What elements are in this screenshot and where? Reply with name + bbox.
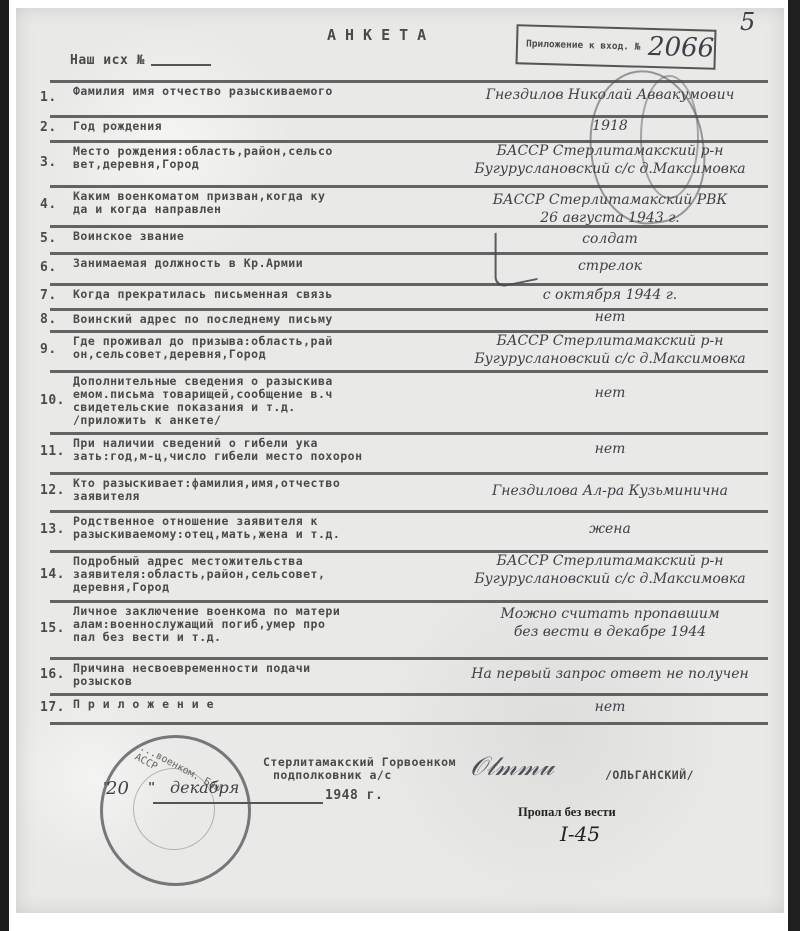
scan-border-left: [0, 0, 9, 931]
row-number: 6.: [40, 260, 57, 275]
row-answer: БАССР Стерлитамакский р-н Бугуруслановск…: [450, 142, 770, 178]
row-question: Воинское звание: [73, 230, 451, 243]
row-number: 12.: [40, 483, 65, 498]
missing-status-code: I-45: [560, 822, 600, 846]
row-answer: нет: [450, 384, 770, 402]
missing-status-stamp: Пропал без вести: [518, 805, 616, 820]
row-question: При наличии сведений о гибели ука зать:г…: [73, 437, 451, 463]
row-divider: [50, 80, 768, 83]
row-number: 7.: [40, 288, 57, 303]
row-divider: [50, 510, 768, 513]
row-answer: На первый запрос ответ не получен: [450, 665, 770, 683]
row-answer: нет: [450, 440, 770, 458]
row-question: Кто разыскивает:фамилия,имя,отчество зая…: [73, 477, 451, 503]
row-question: Где проживал до призыва:область,рай он,с…: [73, 335, 451, 361]
row-question: Занимаемая должность в Кр.Армии: [73, 257, 451, 270]
row-divider: [50, 370, 768, 373]
document-title: АНКЕТА: [327, 26, 435, 44]
row-answer: нет: [450, 698, 770, 716]
row-number: 3.: [40, 155, 57, 170]
row-number: 1.: [40, 90, 57, 105]
row-answer: Гнездилова Ал-ра Кузьминична: [450, 482, 770, 500]
registry-stamp-number: 2066: [648, 32, 715, 64]
date-day: 20: [106, 778, 129, 799]
row-divider: [50, 657, 768, 660]
row-answer: жена: [450, 520, 770, 538]
row-answer: Гнездилов Николай Аввакумович: [450, 86, 770, 104]
row-divider: [50, 693, 768, 696]
sheet-number: 5: [740, 8, 755, 36]
row-number: 16.: [40, 667, 65, 682]
row-answer: БАССР Стерлитамакский р-н Бугуруслановск…: [450, 552, 770, 588]
row-number: 2.: [40, 120, 57, 135]
row-question: Подробный адрес местожительства заявител…: [73, 555, 451, 594]
registry-stamp: Приложение к вход. № 2066: [515, 24, 716, 70]
row-divider: [50, 432, 768, 435]
row-number: 8.: [40, 312, 57, 327]
row-number: 11.: [40, 444, 65, 459]
row-number: 13.: [40, 522, 65, 537]
row-number: 15.: [40, 621, 65, 636]
row-number: 5.: [40, 231, 57, 246]
row-answer: солдат: [450, 230, 770, 248]
row-question: Место рождения:область,район,сельсо вет,…: [73, 145, 451, 171]
row-divider: [50, 600, 768, 603]
row-number: 4.: [40, 197, 57, 212]
row-divider: [50, 252, 768, 255]
official-seal: ...военком. Баш. АССР: [100, 735, 251, 886]
row-divider: [50, 225, 768, 228]
row-question: П р и л о ж е н и е: [73, 698, 451, 711]
row-question: Когда прекратилась письменная связь: [73, 288, 451, 301]
scan-border-right: [788, 0, 800, 931]
organization-line-1: Стерлитамакский Горвоенком: [263, 755, 456, 769]
row-divider: [50, 472, 768, 475]
row-answer: 1918: [450, 117, 770, 135]
row-number: 10.: [40, 393, 65, 408]
row-answer: БАССР Стерлитамакский РВК 26 августа 194…: [450, 191, 770, 227]
date-underline: [153, 802, 323, 804]
row-answer: с октября 1944 г.: [450, 286, 770, 304]
row-answer: стрелок: [450, 257, 770, 275]
row-number: 14.: [40, 567, 65, 582]
row-number: 17.: [40, 700, 65, 715]
registry-stamp-label: Приложение к вход. №: [526, 38, 641, 52]
reference-label: Наш исх №: [70, 53, 145, 68]
row-answer: Можно считать пропавшим без вести в дека…: [450, 605, 770, 641]
row-divider: [50, 185, 768, 188]
row-answer: нет: [450, 308, 770, 326]
signature: 𝒪𝓁𝓂𝓂𝓊: [470, 752, 554, 783]
date-year: 1948 г.: [325, 788, 383, 803]
date-quote-close: ": [148, 780, 156, 794]
reference-blank: [151, 64, 211, 66]
reference-number: Наш исх №: [70, 53, 211, 68]
row-divider: [50, 722, 768, 725]
row-question: Фамилия имя отчество разыскиваемого: [73, 85, 451, 98]
organization-line-2: подполковник а/с: [273, 768, 392, 782]
row-question: Год рождения: [73, 120, 451, 133]
date-month: декабря: [170, 778, 239, 797]
row-question: Причина несвоевременности подачи розыско…: [73, 662, 451, 688]
row-number: 9.: [40, 342, 57, 357]
row-answer: БАССР Стерлитамакский р-н Бугуруслановск…: [450, 332, 770, 368]
row-question: Личное заключение военкома по матери ала…: [73, 605, 451, 644]
row-question: Родственное отношение заявителя к разыск…: [73, 515, 451, 541]
row-question: Дополнительные сведения о разыскива емом…: [73, 375, 451, 427]
signatory-name: /ОЛЬГАНСКИЙ/: [605, 768, 694, 782]
row-question: Каким военкоматом призван,когда ку да и …: [73, 190, 451, 216]
row-question: Воинский адрес по последнему письму: [73, 313, 451, 326]
